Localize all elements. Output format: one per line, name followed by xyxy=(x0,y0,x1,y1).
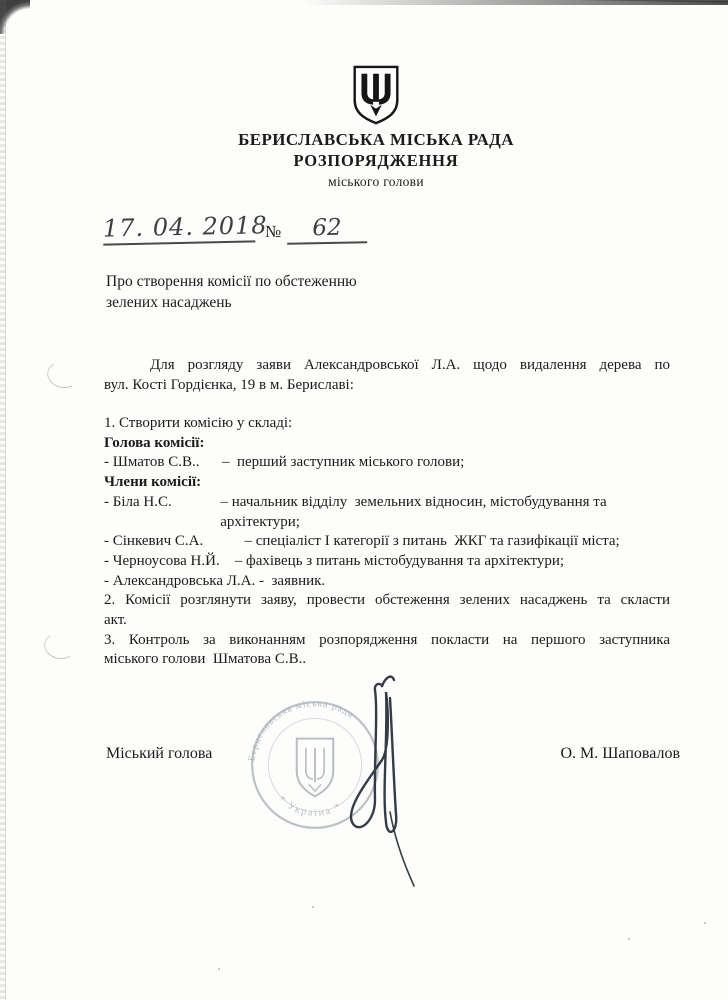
document-body: 1. Створити комісію у складі:Голова комі… xyxy=(104,414,670,670)
text-line: 1. Створити комісію у складі: xyxy=(104,414,670,434)
document-subtitle: міського голови xyxy=(238,174,514,190)
text-line: міського голови Шматова С.В.. xyxy=(104,650,670,670)
signature-ink xyxy=(330,672,440,892)
scan-speck xyxy=(628,938,630,940)
text-line: - Біла Н.С. – начальник відділу земельни… xyxy=(104,493,670,513)
text-line: вул. Кості Гордієнка, 19 в м. Бериславі: xyxy=(104,376,670,396)
handwritten-number: 62 xyxy=(287,214,367,244)
text-line: 3. Контроль за виконанням розпорядження … xyxy=(104,631,670,651)
text-line: - Черноусова Н.Й. – фахівець з питань мі… xyxy=(104,552,670,572)
text-line: - Александровська Л.А. - заявник. xyxy=(104,572,670,592)
text-line: - Сінкевич С.А. – спеціаліст І категорії… xyxy=(104,532,670,552)
document-subject: Про створення комісії по обстеженню зеле… xyxy=(106,271,357,313)
organization-name: БЕРИСЛАВСЬКА МІСЬКА РАДА xyxy=(238,130,514,149)
fold-mark xyxy=(44,359,81,392)
handwritten-date: 17. 04. 2018 xyxy=(103,211,256,245)
scan-speck xyxy=(312,906,314,908)
text-line: Члени комісії: xyxy=(104,473,670,493)
text-line: архітектури; xyxy=(104,513,670,533)
text-line: Для розгляду заяви Александровської Л.А.… xyxy=(104,356,670,376)
date-number-row: 17. 04. 2018№62 xyxy=(103,213,367,253)
scan-top-right-edge xyxy=(300,0,728,5)
text-line: - Шматов С.В.. – перший заступник місько… xyxy=(104,453,670,473)
text-line: Голова комісії: xyxy=(104,434,670,454)
ukraine-trident-icon xyxy=(350,64,402,126)
document-header: БЕРИСЛАВСЬКА МІСЬКА РАДА РОЗПОРЯДЖЕННЯ м… xyxy=(0,64,728,191)
scan-speck xyxy=(218,968,220,970)
intro-paragraph: Для розгляду заяви Александровської Л.А.… xyxy=(104,356,670,395)
text-line: 2. Комісії розглянути заяву, провести об… xyxy=(104,591,670,611)
document-type: РОЗПОРЯДЖЕННЯ xyxy=(238,152,514,170)
fold-mark xyxy=(42,630,78,661)
scan-speck xyxy=(704,922,706,924)
signer-name: О. М. Шаповалов xyxy=(561,745,681,763)
scanned-document-page: БЕРИСЛАВСЬКА МІСЬКА РАДА РОЗПОРЯДЖЕННЯ м… xyxy=(0,0,728,1000)
text-line: акт. xyxy=(104,611,670,631)
signer-title: Міський голова xyxy=(106,745,212,763)
